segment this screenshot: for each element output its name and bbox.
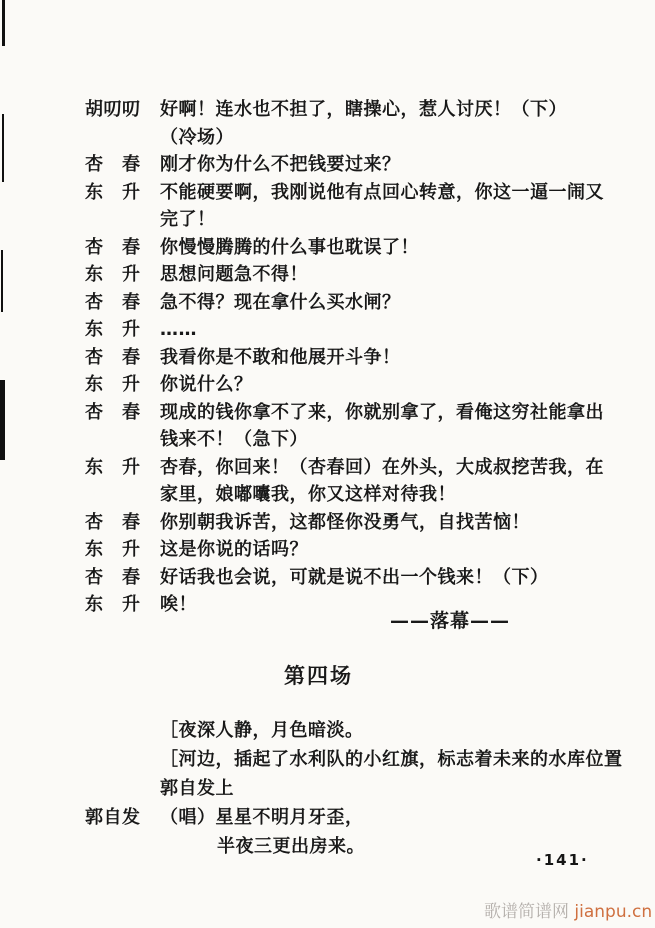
dialogue-block: 胡叨叨好啊！连水也不担了，瞎操心，惹人讨厌！（下） （冷场） 杏 春刚才你为什么… bbox=[85, 96, 630, 619]
speaker-name bbox=[85, 832, 141, 861]
line-text: 杏春，你回来！（杏春回）在外头，大成叔挖苦我，在 bbox=[160, 454, 630, 482]
speaker-name: 杏 春 bbox=[85, 289, 141, 317]
line-text: 现成的钱你拿不了来，你就别拿了，看俺这穷社能拿出 bbox=[160, 399, 630, 427]
speaker-name: 杏 春 bbox=[85, 564, 141, 592]
speaker-name: 杏 春 bbox=[85, 344, 141, 372]
speaker-name: 东 升 bbox=[85, 371, 141, 399]
speaker-name: 东 升 bbox=[85, 179, 141, 207]
watermark: 歌谱简谱网 jianpu.cn bbox=[484, 897, 652, 922]
speaker-name: 东 升 bbox=[85, 316, 141, 344]
speaker-name: 东 升 bbox=[85, 591, 141, 619]
speaker-name: 杏 春 bbox=[85, 509, 141, 537]
page-number: ·141· bbox=[536, 851, 589, 869]
line-text: 完了！ bbox=[160, 206, 630, 234]
dialogue-line: 杏 春急不得？现在拿什么买水闸？ bbox=[85, 289, 630, 317]
dialogue-line: 杏 春你别朝我诉苦，这都怪你没勇气，自找苦恼！ bbox=[85, 509, 630, 537]
dialogue-line: 东 升不能硬要啊，我刚说他有点回心转意，你这一逼一闹又 bbox=[85, 179, 630, 207]
stage-direction-block: ［夜深人静，月色暗淡。 ［河边，插起了水利队的小红旗，标志着未来的水库位置 郭自… bbox=[85, 716, 630, 861]
scene-heading: 第四场 bbox=[284, 660, 353, 690]
line-text: ［夜深人静，月色暗淡。 bbox=[160, 716, 630, 745]
dialogue-line: 东 升唉！ bbox=[85, 591, 630, 619]
watermark-site-url: jianpu.cn bbox=[574, 902, 652, 922]
dialogue-line: 杏 春我看你是不敢和他展开斗争！ bbox=[85, 344, 630, 372]
line-text: 家里，娘嘟囔我，你又这样对待我！ bbox=[160, 481, 630, 509]
speaker-name: 杏 春 bbox=[85, 399, 141, 427]
speaker-name: 胡叨叨 bbox=[85, 96, 141, 124]
line-text: 钱来不！（急下） bbox=[160, 426, 630, 454]
stage-direction-line: 郭自发上 bbox=[85, 774, 630, 803]
line-text: 急不得？现在拿什么买水闸？ bbox=[160, 289, 630, 317]
speaker-name bbox=[85, 206, 141, 234]
dialogue-line: 东 升这是你说的话吗？ bbox=[85, 536, 630, 564]
dialogue-line: 东 升思想问题急不得！ bbox=[85, 261, 630, 289]
speaker-name bbox=[85, 716, 141, 745]
speaker-name: 郭自发 bbox=[85, 803, 141, 832]
stage-direction-line: ［夜深人静，月色暗淡。 bbox=[85, 716, 630, 745]
scan-edge-mark bbox=[2, 0, 5, 46]
line-text: 你说什么？ bbox=[160, 371, 630, 399]
scan-edge-mark bbox=[0, 380, 5, 460]
speaker-name bbox=[85, 481, 141, 509]
scan-edge-mark bbox=[2, 114, 4, 182]
speaker-name bbox=[85, 745, 141, 774]
curtain-fall-text: ——落幕—— bbox=[390, 606, 510, 633]
line-text: （冷场） bbox=[160, 124, 630, 152]
dialogue-line: 家里，娘嘟囔我，你又这样对待我！ bbox=[85, 481, 630, 509]
line-text: 好啊！连水也不担了，瞎操心，惹人讨厌！（下） bbox=[160, 96, 630, 124]
dialogue-line: 东 升你说什么？ bbox=[85, 371, 630, 399]
dialogue-line: 钱来不！（急下） bbox=[85, 426, 630, 454]
dialogue-line: 杏 春好话我也会说，可就是说不出一个钱来！（下） bbox=[85, 564, 630, 592]
dialogue-line: 东 升…… bbox=[85, 316, 630, 344]
speaker-name: 东 升 bbox=[85, 261, 141, 289]
speaker-name: 杏 春 bbox=[85, 234, 141, 262]
dialogue-line: 东 升杏春，你回来！（杏春回）在外头，大成叔挖苦我，在 bbox=[85, 454, 630, 482]
line-text: 你别朝我诉苦，这都怪你没勇气，自找苦恼！ bbox=[160, 509, 630, 537]
speaker-name bbox=[85, 124, 141, 152]
line-text: 刚才你为什么不把钱要过来？ bbox=[160, 151, 630, 179]
line-text: 好话我也会说，可就是说不出一个钱来！（下） bbox=[160, 564, 630, 592]
line-text: 我看你是不敢和他展开斗争！ bbox=[160, 344, 630, 372]
line-text: ［河边，插起了水利队的小红旗，标志着未来的水库位置 bbox=[160, 745, 630, 774]
speaker-name: 东 升 bbox=[85, 536, 141, 564]
dialogue-line: （冷场） bbox=[85, 124, 630, 152]
line-text: 这是你说的话吗？ bbox=[160, 536, 630, 564]
line-text: （唱）星星不明月牙歪， bbox=[160, 803, 630, 832]
scan-edge-mark bbox=[1, 250, 3, 312]
stage-direction-line: ［河边，插起了水利队的小红旗，标志着未来的水库位置 bbox=[85, 745, 630, 774]
dialogue-line: 杏 春刚才你为什么不把钱要过来？ bbox=[85, 151, 630, 179]
line-text: 郭自发上 bbox=[160, 774, 630, 803]
scanned-script-page: 胡叨叨好啊！连水也不担了，瞎操心，惹人讨厌！（下） （冷场） 杏 春刚才你为什么… bbox=[0, 0, 655, 928]
line-text: 思想问题急不得！ bbox=[160, 261, 630, 289]
dialogue-line: 杏 春现成的钱你拿不了来，你就别拿了，看俺这穷社能拿出 bbox=[85, 399, 630, 427]
lyric-line: 郭自发（唱）星星不明月牙歪， bbox=[85, 803, 630, 832]
dialogue-line: 胡叨叨好啊！连水也不担了，瞎操心，惹人讨厌！（下） bbox=[85, 96, 630, 124]
line-text: 你慢慢腾腾的什么事也耽误了！ bbox=[160, 234, 630, 262]
speaker-name: 杏 春 bbox=[85, 151, 141, 179]
dialogue-line: 杏 春你慢慢腾腾的什么事也耽误了！ bbox=[85, 234, 630, 262]
speaker-name bbox=[85, 426, 141, 454]
watermark-site-name: 歌谱简谱网 bbox=[484, 902, 574, 922]
line-text: 不能硬要啊，我刚说他有点回心转意，你这一逼一闹又 bbox=[160, 179, 630, 207]
dialogue-line: 完了！ bbox=[85, 206, 630, 234]
speaker-name: 东 升 bbox=[85, 454, 141, 482]
speaker-name bbox=[85, 774, 141, 803]
line-text: …… bbox=[160, 316, 630, 344]
